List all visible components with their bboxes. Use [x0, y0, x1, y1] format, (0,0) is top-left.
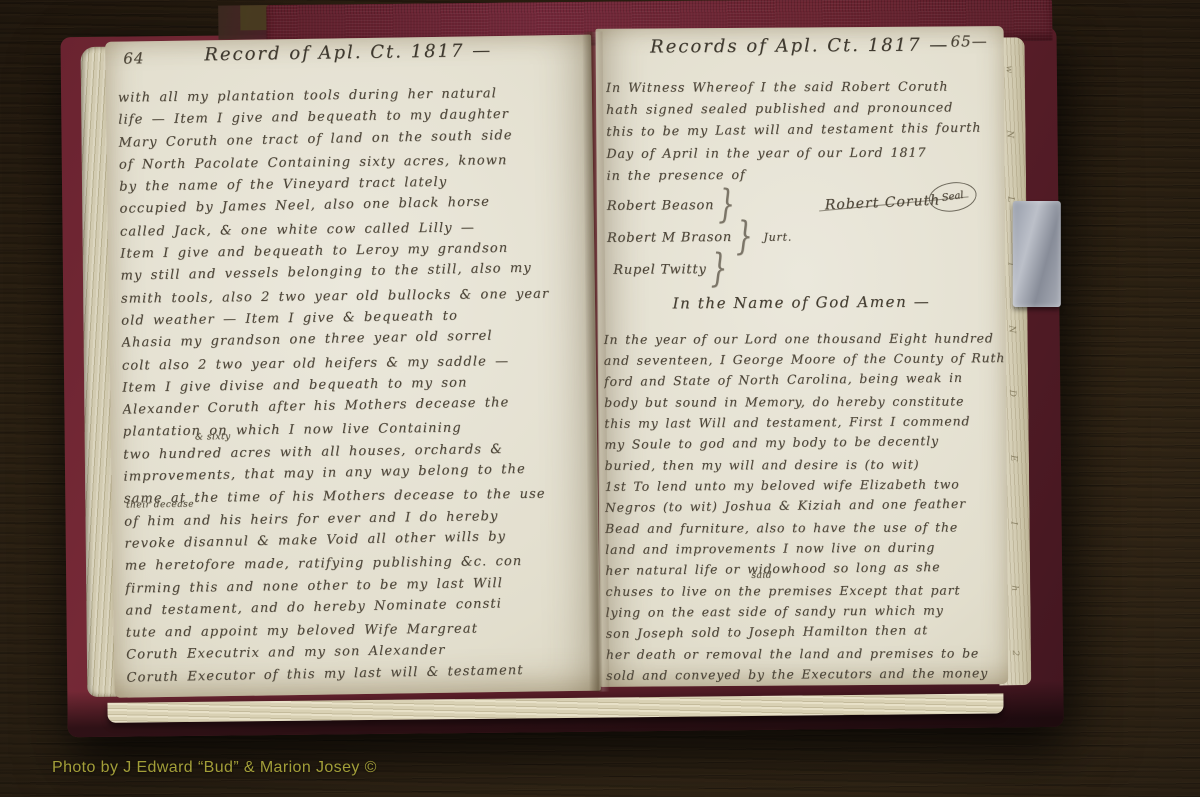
will-body-text: In the year of our Lord one thousand Eig… — [604, 326, 1006, 686]
fore-edge-mark: 2 — [1010, 650, 1020, 656]
fore-edge-mark: N — [1007, 325, 1017, 333]
interline-insertion-said: said — [751, 571, 772, 581]
manuscript-line: body but sound in Memory, do hereby cons… — [604, 390, 1004, 413]
fore-edge-mark: D — [1007, 390, 1017, 397]
jurat-notation: Jurt. — [763, 230, 792, 243]
witness-name: Rupel Twitty — [613, 262, 706, 278]
photo-of-record-book: wNLINDEIh2 64 Record of Apl. Ct. 1817 — … — [0, 0, 1200, 797]
witness-brace: } — [736, 214, 754, 259]
manuscript-line: buried, then my will and desire is (to w… — [605, 453, 1005, 476]
manuscript-line: Negros (to wit) Joshua & Kiziah and one … — [605, 492, 1005, 518]
interline-insertion-acres: & sixty — [195, 432, 231, 443]
left-page-header: Record of Apl. Ct. 1817 — — [105, 39, 591, 67]
witness-brace: } — [710, 247, 728, 292]
manuscript-line: her death or removal the land and premis… — [606, 642, 1006, 665]
manuscript-line: Day of April in the year of our Lord 181… — [606, 141, 1002, 165]
manuscript-line: her natural life or widowhood so long as… — [605, 555, 1005, 581]
witness-row: Robert M Brason } Jurt. — [607, 222, 792, 253]
manuscript-line: Bead and furniture, also to have the use… — [605, 516, 1005, 539]
right-page-header: Records of Apl. Ct. 1817 — — [596, 34, 1004, 58]
manuscript-line: ford and State of North Carolina, being … — [604, 366, 1004, 392]
manuscript-line: son Joseph sold to Joseph Hamilton then … — [606, 618, 1006, 644]
manuscript-line: sold and conveyed by the Executors and t… — [606, 662, 1006, 686]
testator-signature: Robert Coruth — [825, 193, 941, 214]
witness-brace: } — [718, 182, 736, 227]
photographer-watermark: Photo by J Edward “Bud” & Marion Josey © — [52, 759, 377, 777]
left-page: 64 Record of Apl. Ct. 1817 — with all my… — [105, 35, 601, 698]
fore-edge-mark: I — [1009, 521, 1019, 525]
manuscript-line: In Witness Whereof I the said Robert Cor… — [606, 75, 1002, 99]
fore-edge-mark: h — [1009, 585, 1019, 591]
witness-name: Robert Beason — [607, 198, 715, 214]
fore-edge-mark: N — [1005, 130, 1015, 138]
right-page: 65— Records of Apl. Ct. 1817 — In Witnes… — [596, 26, 1009, 687]
fore-edge-mark: E — [1008, 455, 1018, 462]
repair-tape-tab — [1013, 201, 1061, 307]
attestation-clause-text: In Witness Whereof I the said Robert Cor… — [606, 74, 1003, 187]
manuscript-line: In the year of our Lord one thousand Eig… — [604, 327, 1004, 350]
will-section-heading: In the Name of God Amen — — [597, 292, 1005, 313]
witness-name: Robert M Brason — [607, 229, 732, 245]
left-page-manuscript-text: with all my plantation tools during her … — [118, 81, 597, 690]
open-record-book: wNLINDEIh2 64 Record of Apl. Ct. 1817 — … — [54, 0, 1070, 745]
manuscript-line: this to be my Last will and testament th… — [606, 116, 1002, 142]
witness-row: Rupel Twitty } — [613, 254, 728, 285]
manuscript-line: chuses to live on the premises Except th… — [605, 579, 1005, 602]
fore-edge-mark: w — [1004, 66, 1014, 74]
witness-row: Robert Beason } — [607, 190, 736, 221]
interline-insertion-decease: their decease — [126, 500, 194, 511]
manuscript-line: my Soule to god and my body to be decent… — [604, 429, 1004, 455]
seal-label: Seal — [941, 190, 964, 204]
